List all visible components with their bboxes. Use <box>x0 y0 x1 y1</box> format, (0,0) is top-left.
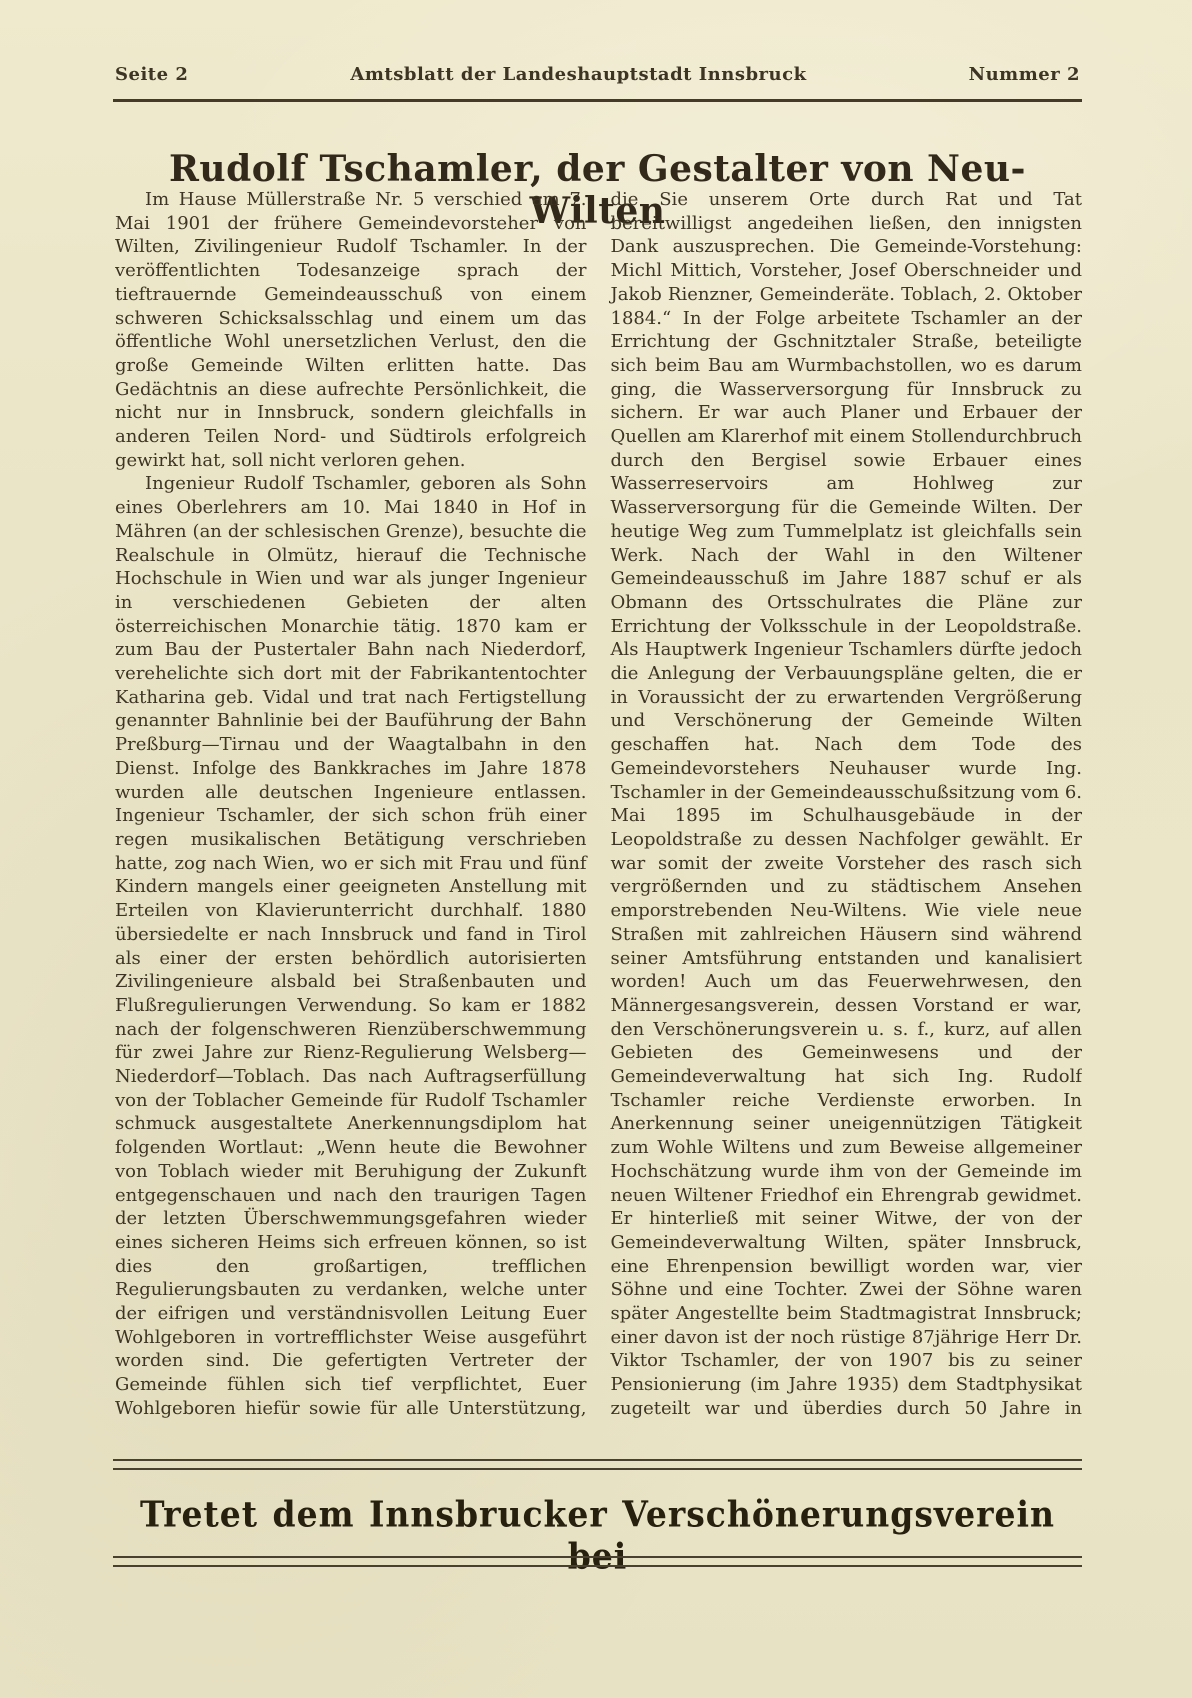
article-paragraph: Im Hause Müllerstraße Nr. 5 verschied am… <box>115 188 587 472</box>
rule-line <box>113 1468 1082 1470</box>
page-number: Seite 2 <box>115 64 188 85</box>
header-rule <box>113 99 1082 102</box>
banner-bottom-rule <box>113 1556 1082 1568</box>
issue-number: Nummer 2 <box>969 64 1080 85</box>
page-header: Seite 2 Amtsblatt der Landeshauptstadt I… <box>115 64 1080 85</box>
publication-title: Amtsblatt der Landeshauptstadt Innsbruck <box>350 64 806 85</box>
rule-line <box>113 1565 1082 1567</box>
gazette-page: Seite 2 Amtsblatt der Landeshauptstadt I… <box>0 0 1192 1698</box>
banner-top-rule <box>113 1459 1082 1471</box>
article-body: Im Hause Müllerstraße Nr. 5 verschied am… <box>115 188 1082 1444</box>
rule-line <box>113 1556 1082 1558</box>
rule-line <box>113 1459 1082 1461</box>
